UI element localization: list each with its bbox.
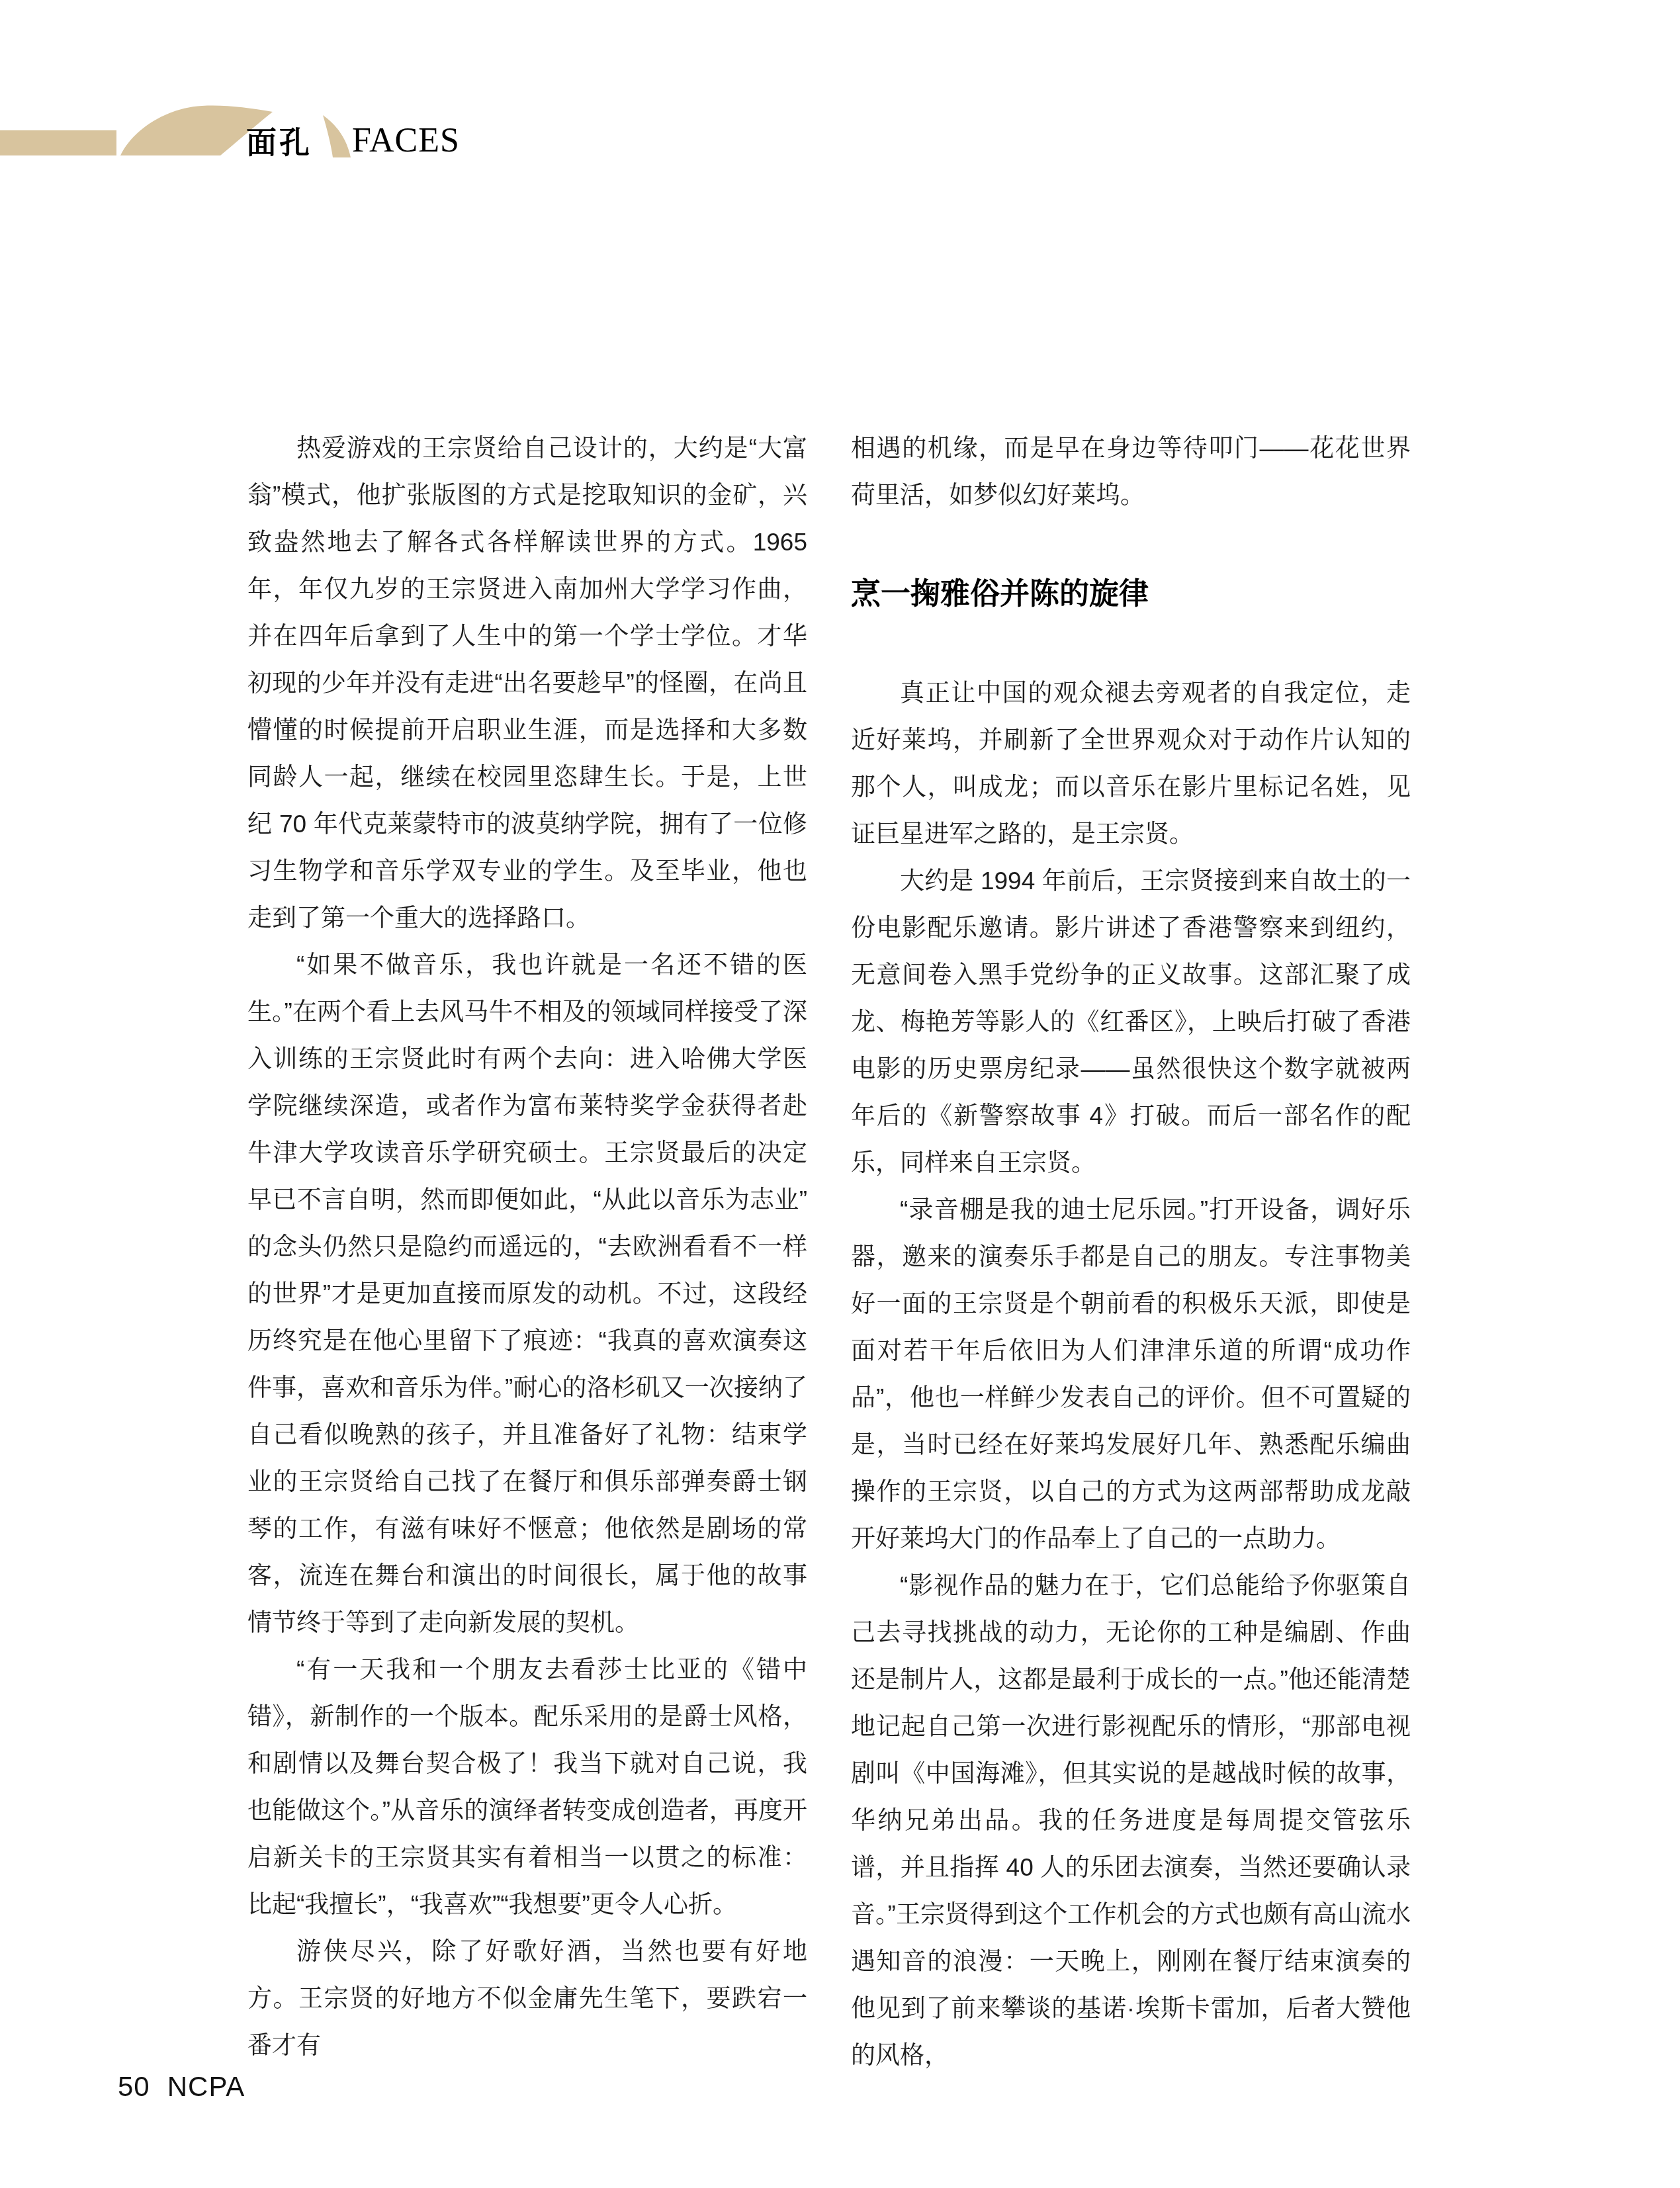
paragraph: “如果不做音乐，我也许就是一名还不错的医生。”在两个看上去风马牛不相及的领域同样… xyxy=(247,941,807,1646)
publication-name: NCPA xyxy=(167,2071,245,2102)
page-footer: 50NCPA xyxy=(118,2071,245,2103)
magazine-page: 面孔 FACES 热爱游戏的王宗贤给自己设计的，大约是“大富翁”模式，他扩张版图… xyxy=(0,0,1680,2188)
paragraph: 游侠尽兴，除了好歌好酒，当然也要有好地方。王宗贤的好地方不似金庸先生笔下，要跌宕… xyxy=(247,1928,807,2069)
paragraph: “录音棚是我的迪士尼乐园。”打开设备，调好乐器，邀来的演奏乐手都是自己的朋友。专… xyxy=(851,1186,1411,1562)
paragraph: “有一天我和一个朋友去看莎士比亚的《错中错》，新制作的一个版本。配乐采用的是爵士… xyxy=(247,1646,807,1928)
section-title-zh: 面孔 xyxy=(246,126,312,158)
paragraph: 真正让中国的观众褪去旁观者的自我定位，走近好莱坞，并刷新了全世界观众对于动作片认… xyxy=(851,670,1411,857)
left-column: 热爱游戏的王宗贤给自己设计的，大约是“大富翁”模式，他扩张版图的方式是挖取知识的… xyxy=(247,425,807,2069)
crescent-shape xyxy=(323,115,351,157)
section-title-en: FACES xyxy=(352,123,460,159)
continuation-paragraph: 相遇的机缘，而是早在身边等待叩门——花花世界荷里活，如梦似幻好莱坞。 xyxy=(851,425,1411,519)
right-column: 相遇的机缘，而是早在身边等待叩门——花花世界荷里活，如梦似幻好莱坞。 烹一掬雅俗… xyxy=(851,425,1411,2079)
section-subheading: 烹一掬雅俗并陈的旋律 xyxy=(851,574,1411,614)
header-accent-bar xyxy=(0,130,116,155)
paragraph: “影视作品的魅力在于，它们总能给予你驱策自己去寻找挑战的动力，无论你的工种是编剧… xyxy=(851,1562,1411,2079)
page-number: 50 xyxy=(118,2071,150,2102)
crescent-graphic xyxy=(316,111,353,157)
paragraph: 热爱游戏的王宗贤给自己设计的，大约是“大富翁”模式，他扩张版图的方式是挖取知识的… xyxy=(247,425,807,941)
paragraph: 大约是 1994 年前后，王宗贤接到来自故土的一份电影配乐邀请。影片讲述了香港警… xyxy=(851,857,1411,1186)
